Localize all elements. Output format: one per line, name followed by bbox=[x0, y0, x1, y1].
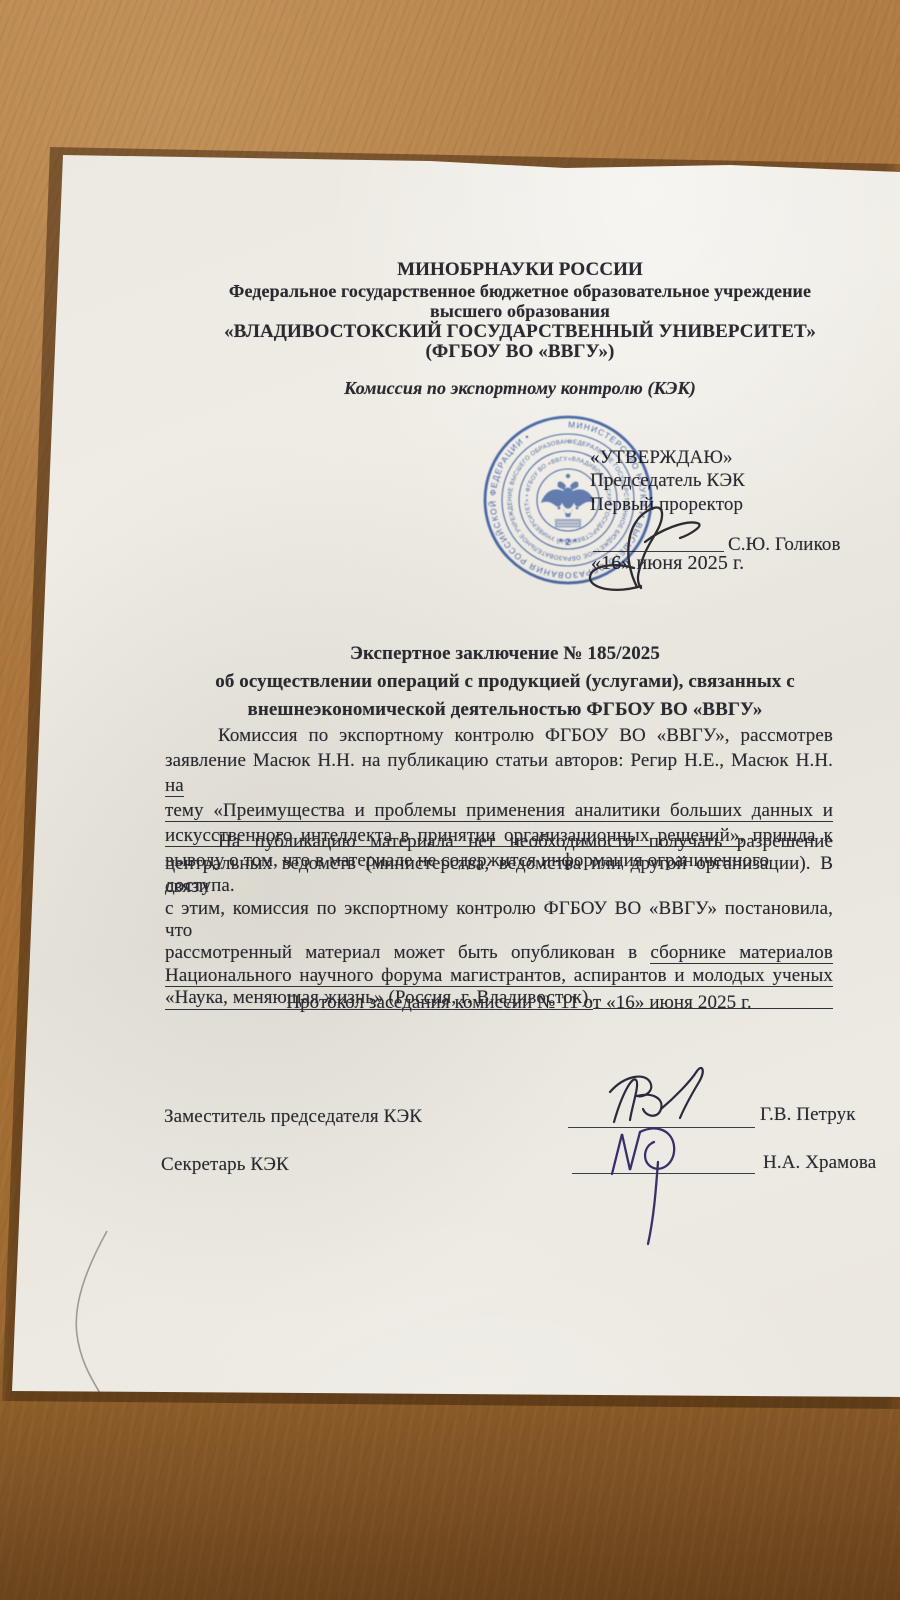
paragraph-line: На публикацию материала нет необходимост… bbox=[165, 831, 833, 853]
paragraph-line: центральных ведомств (министерства, ведо… bbox=[165, 853, 833, 898]
paragraph-2: На публикацию материала нет необходимост… bbox=[165, 831, 833, 1010]
approver-name: С.Ю. Голиков bbox=[728, 534, 841, 556]
paper-sheet: МИНОБРНАУКИ РОССИИ Федеральное государст… bbox=[0, 0, 900, 1600]
paragraph-line: Комиссия по экспортному контролю ФГБОУ В… bbox=[165, 723, 833, 748]
org-line-1: Федеральное государственное бюджетное об… bbox=[187, 281, 853, 302]
stamp-micro-label bbox=[555, 519, 581, 528]
khramova-signature bbox=[600, 1122, 690, 1257]
paragraph-line: тему «Преимущества и проблемы применения… bbox=[165, 798, 833, 823]
protocol-line: Протокол заседания комиссии № 11 от «16»… bbox=[186, 990, 852, 1015]
committee-line: Комиссия по экспортному контролю (КЭК) bbox=[187, 378, 853, 399]
ministry-line: МИНОБРНАУКИ РОССИИ bbox=[187, 260, 853, 281]
signer-role-deputy-chair: Заместитель председателя КЭК bbox=[164, 1106, 422, 1128]
title-line-3: внешнеэкономической деятельностью ФГБОУ … bbox=[172, 696, 838, 724]
paragraph-line: заявление Масюк Н.Н. на публикацию стать… bbox=[165, 748, 833, 798]
title-line-2: об осуществлении операций с продукцией (… bbox=[172, 668, 838, 696]
letterhead: МИНОБРНАУКИ РОССИИ Федеральное государст… bbox=[187, 260, 853, 398]
paragraph-line: с этим, комиссия по экспортному контролю… bbox=[165, 898, 833, 943]
paragraph-line: рассмотренный материал может быть опубли… bbox=[165, 942, 833, 964]
title-line-1: Экспертное заключение № 185/2025 bbox=[172, 640, 838, 668]
photo-of-document-on-wooden-table: МИНОБРНАУКИ РОССИИ Федеральное государст… bbox=[0, 0, 900, 1600]
signer-name-petruk: Г.В. Петрук bbox=[760, 1104, 856, 1126]
university-name: «ВЛАДИВОСТОКСКИЙ ГОСУДАРСТВЕННЫЙ УНИВЕРС… bbox=[187, 322, 853, 343]
signer-role-secretary: Секретарь КЭК bbox=[161, 1154, 289, 1176]
org-line-2: высшего образования bbox=[187, 301, 853, 322]
golikov-signature bbox=[585, 492, 740, 597]
stamp-center-mark: * 2 * bbox=[559, 537, 577, 548]
signer-name-khramova: Н.А. Храмова bbox=[763, 1152, 876, 1174]
paragraph-line: Национального научного форума магистрант… bbox=[165, 965, 833, 987]
university-abbr: (ФГБОУ ВО «ВВГУ») bbox=[187, 342, 853, 363]
document-title: Экспертное заключение № 185/2025 об осущ… bbox=[172, 640, 838, 724]
paper-crease-mark bbox=[55, 1215, 135, 1400]
